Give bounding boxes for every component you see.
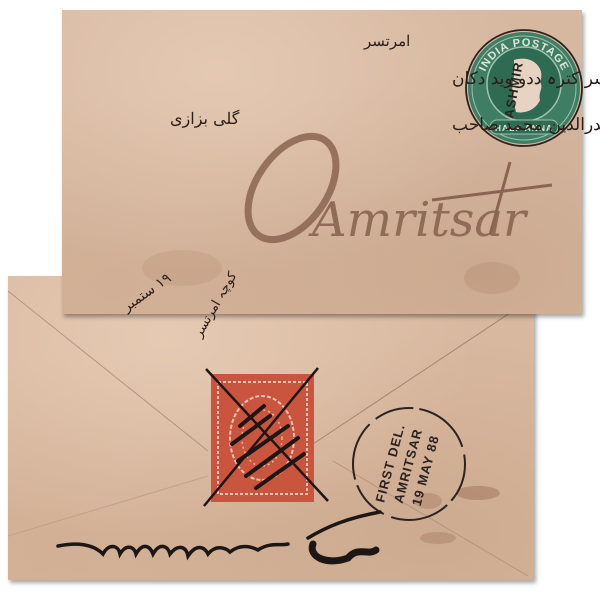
back-envelope-art: FIRST DEL. AMRITSAR 19 MAY 88: [8, 276, 534, 580]
cursive-amritsar: Amritsar: [308, 192, 529, 248]
back-envelope: FIRST DEL. AMRITSAR 19 MAY 88: [8, 276, 534, 580]
address-line-1: امرتسر: [363, 32, 410, 50]
front-envelope-art: INDIA POSTAGE HALF ANNA ASHMIR امرتسر مق…: [62, 10, 582, 314]
amritsar-postmark: FIRST DEL. AMRITSAR 19 MAY 88: [353, 408, 465, 520]
signature: [58, 512, 380, 561]
address-line-2: مقام امرتسر کترہ ددو وید دکان: [452, 69, 600, 89]
address-line-3: محمد بخش پاس بدرالدین محمد صاحب: [452, 115, 600, 135]
side-note-1: ۱۹ ستمبر: [119, 270, 174, 316]
front-envelope: INDIA POSTAGE HALF ANNA ASHMIR امرتسر مق…: [62, 10, 582, 314]
kashmir-stamp: [204, 368, 328, 506]
address-line-4: گلی بزازی: [170, 109, 240, 128]
